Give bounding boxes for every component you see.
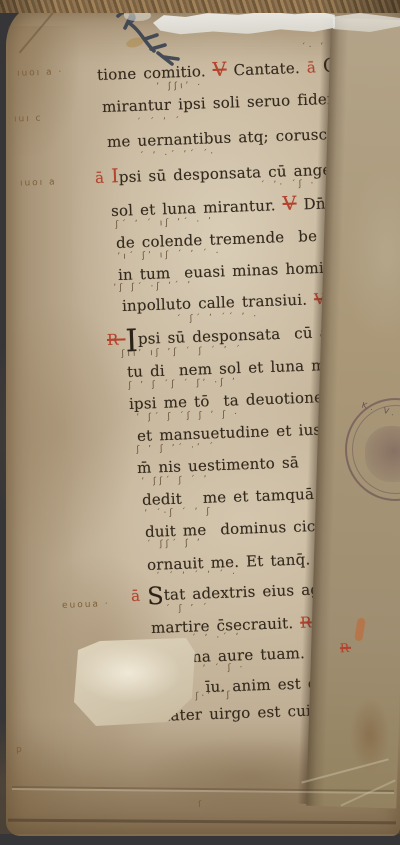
neume-notation: ˊ ʃˊ ʼ ˊˊ ʼ · bbox=[176, 312, 259, 325]
margin-neume-mark: ıuoı a bbox=[20, 177, 57, 188]
binding-edge bbox=[0, 0, 400, 13]
neume-notation: ʼ ʃʃˊ ʃ ˊ ʼ bbox=[141, 475, 210, 487]
neume-notation: ʼ ʃʃıʼ · bbox=[156, 80, 203, 92]
manuscript-photo: ˊ· ʼtione comitio. V Cantate. ā Cuuiʼ ʃʃ… bbox=[0, 0, 400, 845]
neume-notation: ˊ ʃ ʼ ˊ bbox=[165, 603, 210, 615]
neume-notation: ʃˊ ʼ ˊ ıʃ ʼˊ · ʼ bbox=[115, 217, 214, 230]
text-line-content: inpolluto calle transiui. V h bbox=[122, 289, 343, 315]
neume-notation: ˊ ˊ ʼ ˊ bbox=[136, 116, 182, 128]
neume-notation: ˊ ʼ· ˊʃ · bbox=[260, 179, 317, 191]
rubric-margin-mark: R bbox=[340, 641, 352, 655]
rubric-segment: V bbox=[282, 193, 297, 215]
manuscript-text-line: ʼʃ ʃˊ ·ʃ ʼˊ ʼinpolluto calle transiui. V… bbox=[122, 288, 343, 315]
manuscript-text-line: ʼ ʃʃıʼ ·mirantur ipsi soli seruo fidem- bbox=[102, 88, 347, 116]
text-segment: mirantur ipsi soli seruo fidem- bbox=[102, 89, 347, 116]
margin-neume-mark: p bbox=[16, 745, 24, 755]
neume-notation: ˊ ʼ ·ˊ ʼˊ ˊ· bbox=[139, 149, 216, 162]
neume-notation: ʼʃ ʃˊ ·ʃ ʼˊ ʼ bbox=[113, 281, 193, 294]
rubric-segment: ā bbox=[131, 586, 148, 605]
text-segment: inpolluto calle transiui. bbox=[122, 290, 315, 315]
neume-notation: ˊ ˊ ʼ ˊ ʼ ˊ · bbox=[155, 569, 238, 582]
margin-neume-mark: ſ bbox=[198, 800, 204, 810]
rubric-segment: ā bbox=[95, 168, 112, 187]
rubric-segment: R bbox=[107, 330, 126, 349]
margin-neume-mark: ıuoı a · bbox=[17, 67, 64, 79]
text-segment: Cantate. bbox=[226, 59, 307, 80]
neume-notation: ˊ ʼ ·ˊ ʼ bbox=[191, 632, 241, 644]
text-segment: S bbox=[147, 582, 165, 611]
rubric-segment: V bbox=[212, 58, 227, 80]
text-line-content: mirantur ipsi soli seruo fidem- bbox=[102, 89, 347, 116]
margin-neume-mark: euoua · bbox=[62, 599, 110, 611]
neume-notation: ʼ ˊ·ʃ ˊ ʼ ʃ bbox=[144, 507, 212, 519]
margin-neume-mark: ıuı c bbox=[14, 114, 43, 125]
neume-notation: ˊ ʃʃˊ ʃ ʼ bbox=[146, 538, 203, 550]
neume-notation: ʃ ʼ ʃ ʼˊ ·ʼ ˊ bbox=[136, 442, 216, 455]
